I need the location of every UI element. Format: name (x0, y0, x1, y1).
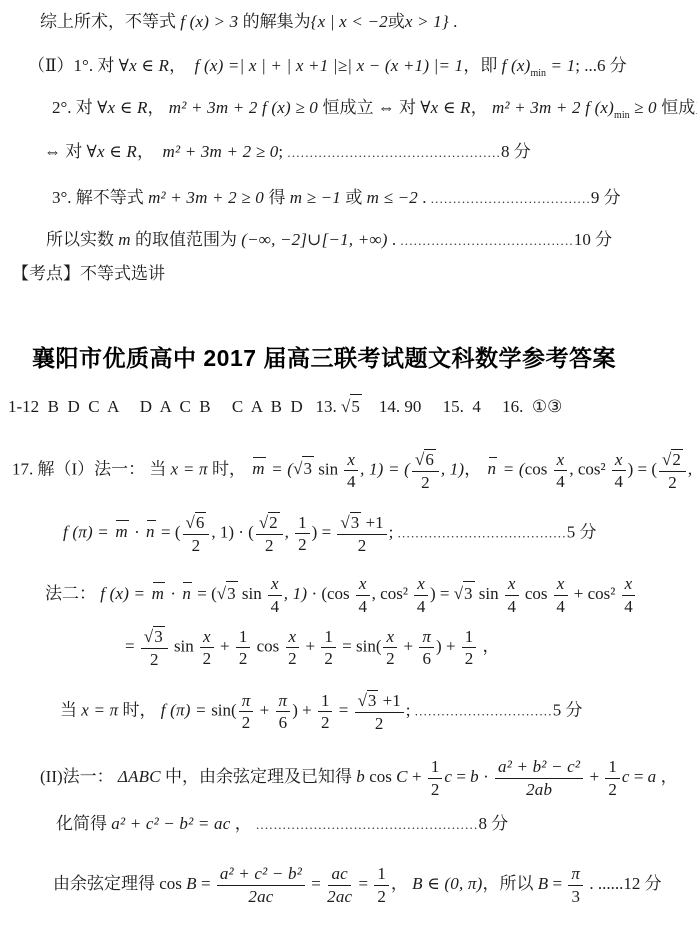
math-variable: = ( (498, 459, 524, 478)
math-variable: ∀x ∈ R (87, 142, 137, 161)
fraction-denominator: 6 (279, 712, 288, 733)
math-text: + (408, 767, 426, 786)
fraction-numerator: x (383, 627, 397, 649)
radicand: 3 (463, 581, 475, 606)
math-text: 8 分 (501, 142, 531, 161)
math-text: ， (137, 142, 163, 161)
math-fraction: x4 (554, 574, 568, 616)
math-text: cos (365, 767, 396, 786)
math-variable: m ≥ −1 (290, 188, 346, 207)
fraction-numerator: x (200, 627, 214, 649)
fraction-denominator: 2 (358, 535, 367, 556)
radicand: 2 (671, 449, 683, 470)
fraction-denominator: 2 (265, 535, 274, 556)
math-variable: f (π) = (63, 522, 113, 541)
fraction-denominator: 2ac (248, 886, 273, 907)
math-text: 3 (227, 584, 236, 603)
math-text: sin( (211, 700, 237, 719)
fraction-denominator: 4 (271, 596, 280, 617)
math-text: 6 (422, 649, 431, 668)
math-text: 综上所术，不等式 (40, 12, 180, 31)
line-part2-step2b: ⇔ 对 ∀x ∈ R， m² + 3m + 2 ≥ 0; ...........… (44, 140, 531, 165)
math-variable: π (279, 691, 288, 710)
line-q17-method2-fpi: 当 x = π 时， f (π) = sin(π2 + π6) + 12 = √… (60, 690, 582, 733)
math-text: 2 (321, 713, 330, 732)
fraction-numerator: π (568, 864, 583, 886)
math-variable: x (557, 574, 565, 593)
fraction-denominator: 4 (615, 471, 624, 492)
math-text: 2 (265, 536, 274, 555)
line-part2-step2: 2°. 对 ∀x ∈ R， m² + 3m + 2 f (x) ≥ 0 恒成立 … (52, 96, 697, 128)
fraction-numerator: π (276, 691, 291, 713)
math-text: sin (170, 636, 198, 655)
fraction-denominator: 2 (375, 713, 384, 734)
radicand: 3 (367, 690, 379, 711)
math-fraction: x4 (356, 574, 370, 616)
dot-leader: ...................................... (398, 525, 567, 540)
math-text: 4 (624, 597, 633, 616)
fraction-denominator: 6 (422, 648, 431, 669)
square-root: √3 (217, 581, 238, 606)
math-text: 2 (358, 536, 367, 555)
math-text: 【考点】不等式选讲 (12, 264, 165, 283)
math-variable: ΔABC (118, 767, 161, 786)
math-variable: (−∞, −2]∪[−1, +∞) (241, 230, 387, 249)
fraction-numerator: π (239, 691, 254, 713)
fraction-numerator: a² + c² − b² (217, 864, 305, 886)
math-variable: B ∈ (0, π) (412, 874, 482, 893)
math-text: . (388, 230, 401, 249)
line-q17-method2-simplify: = √32 sin x2 + 12 cos x2 + 12 = sin(x2 +… (125, 626, 500, 669)
math-variable: ≥ 0 (630, 98, 662, 117)
math-variable: , 1) (441, 459, 464, 478)
math-fraction: π6 (276, 691, 291, 733)
math-variable: x = π (171, 459, 208, 478)
math-variable: x (271, 574, 279, 593)
fraction-numerator: x (356, 574, 370, 596)
math-variable: x (359, 574, 367, 593)
math-variable: c (622, 767, 630, 786)
math-text: , cos² (372, 584, 413, 603)
dot-leader: ............................... (415, 703, 553, 718)
line-part2-conclusion: 所以实数 m 的取值范围为 (−∞, −2]∪[−1, +∞) . ......… (46, 228, 612, 253)
math-text: = ( (193, 584, 217, 603)
line-summary-solution-set: 综上所术，不等式 f (x) > 3 的解集为{x | x < −2或x > 1… (40, 10, 457, 34)
fraction-denominator: 2 (421, 472, 430, 493)
math-text: ， (478, 636, 499, 655)
fraction-denominator: 2 (298, 534, 307, 555)
math-text: 2 (465, 649, 474, 668)
document-page: 襄阳市优质高中 2017 届高三联考试题文科数学参考答案 综上所术，不等式 f … (0, 0, 697, 926)
vector-symbol: n (182, 582, 191, 602)
fraction-denominator: 4 (508, 596, 517, 617)
math-variable: x (417, 574, 425, 593)
math-variable: = ( (267, 459, 293, 478)
math-fraction: x4 (505, 574, 519, 616)
fraction-numerator: ac (328, 864, 350, 886)
radicand: 5 (350, 394, 362, 419)
fraction-numerator: √6 (183, 512, 210, 535)
fraction-numerator: √3 +1 (337, 512, 386, 535)
radical-sign-icon: √ (186, 513, 195, 533)
math-variable: x (615, 450, 623, 469)
math-text: = (452, 767, 470, 786)
math-fraction: π2 (239, 691, 254, 733)
math-text: 4 (508, 597, 517, 616)
math-text: 2°. 对 (52, 98, 97, 117)
math-text: 2 (672, 450, 681, 469)
fraction-denominator: 4 (359, 596, 368, 617)
math-variable: m² + 3m + 2 f (x) (492, 98, 614, 117)
fraction-denominator: 2 (431, 779, 440, 800)
vector-symbol: n (488, 457, 497, 477)
math-text: 4 (271, 597, 280, 616)
fraction-denominator: 2 (150, 649, 159, 670)
fraction-numerator: x (414, 574, 428, 596)
math-variable: π (242, 691, 251, 710)
math-variable: x = π (81, 700, 118, 719)
line-part2-step3: 3°. 解不等式 m² + 3m + 2 ≥ 0 得 m ≥ −1 或 m ≤ … (52, 186, 621, 211)
math-variable: b (356, 767, 365, 786)
radicand: 6 (195, 512, 207, 533)
fraction-numerator: √3 +1 (355, 690, 404, 713)
math-text: 3°. 解不等式 (52, 188, 148, 207)
math-variable: x (625, 574, 633, 593)
math-fraction: x4 (554, 450, 568, 492)
math-variable: f (x) =| x | + | x +1 |≥| x − (x +1) |= … (195, 56, 464, 75)
math-variable: π (571, 864, 580, 883)
dot-leader: ....................................... (400, 233, 574, 248)
math-variable: {x | x < −2 (311, 12, 388, 31)
math-text: ， (391, 874, 412, 893)
math-fraction: √62 (183, 512, 210, 555)
math-fraction: √3 +12 (337, 512, 386, 555)
math-text: 4 (359, 597, 368, 616)
fraction-denominator: 4 (556, 471, 565, 492)
fraction-denominator: 4 (347, 471, 356, 492)
fraction-numerator: 1 (321, 627, 336, 649)
math-variable: C (396, 767, 408, 786)
math-subscript: min (530, 68, 546, 79)
math-text: 1 (377, 864, 386, 883)
fraction-numerator: x (268, 574, 282, 596)
math-text: 2 (203, 649, 212, 668)
math-text: 2 (269, 513, 278, 532)
fraction-denominator: 2 (377, 886, 386, 907)
math-text: 6 (279, 713, 288, 732)
math-variable: x (347, 450, 355, 469)
line-q17-method1-fpi: f (π) = m · n = (√62, 1) · (√22, 12) = √… (63, 512, 596, 555)
radicand: 3 (350, 512, 362, 533)
math-text: 由余弦定理得 cos (53, 874, 186, 893)
radicand: 3 (153, 626, 165, 647)
square-root: √6 (186, 512, 207, 533)
fraction-denominator: 3 (572, 886, 581, 907)
math-fraction: 12 (295, 513, 310, 555)
math-text: 5 (351, 397, 360, 416)
radical-sign-icon: √ (662, 450, 671, 470)
fraction-denominator: 4 (624, 596, 633, 617)
math-fraction: 12 (428, 757, 443, 799)
math-text: 3 (351, 513, 360, 532)
math-text: 9 分 (591, 188, 621, 207)
math-fraction: ac2ac (327, 864, 352, 906)
math-text: ) = ( (628, 459, 657, 478)
math-variable: m² + 3m + 2 ≥ 0 (162, 142, 278, 161)
math-text: 2 (421, 473, 430, 492)
math-variable: a² + b² − c² (498, 757, 580, 776)
math-fraction: a² + b² − c²2ab (495, 757, 583, 799)
math-text: , 1) · ( (211, 522, 253, 541)
fraction-denominator: 2 (465, 648, 474, 669)
fraction-denominator: 2ab (526, 779, 552, 800)
math-text: (II)法一： (40, 767, 118, 786)
math-text: + (585, 767, 603, 786)
math-text: . (418, 188, 431, 207)
square-root: √6 (415, 449, 436, 470)
math-text: , (285, 522, 294, 541)
fraction-denominator: 2 (608, 779, 617, 800)
radical-sign-icon: √ (358, 691, 367, 711)
fraction-numerator: x (554, 574, 568, 596)
vector-symbol: m (152, 582, 164, 602)
math-text: = (334, 700, 352, 719)
fraction-numerator: π (419, 627, 434, 649)
math-variable: m² + 3m + 2 ≥ 0 (148, 188, 268, 207)
math-text: 时， (208, 459, 251, 478)
fraction-numerator: √2 (659, 449, 686, 472)
math-fraction: π3 (568, 864, 583, 906)
math-fraction: x4 (414, 574, 428, 616)
math-text: sin (238, 584, 266, 603)
math-variable: , 1) = ( (360, 459, 410, 478)
math-text: + (399, 636, 417, 655)
math-variable: , 1) (284, 584, 307, 603)
radical-sign-icon: √ (340, 513, 349, 533)
math-variable: 2ac (248, 887, 273, 906)
math-fraction: 12 (462, 627, 477, 669)
math-text: sin (475, 584, 503, 603)
vector-symbol: m (252, 457, 264, 477)
math-fraction: √32 (141, 626, 168, 669)
math-fraction: √22 (256, 512, 283, 555)
math-text: sin (314, 459, 342, 478)
math-fraction: 12 (605, 757, 620, 799)
math-variable: x > 1} (405, 12, 449, 31)
math-text: = (630, 767, 648, 786)
math-fraction: √22 (659, 449, 686, 492)
math-text: 2 (298, 535, 307, 554)
math-text: 3 (572, 887, 581, 906)
math-variable: π (422, 627, 431, 646)
math-fraction: x4 (622, 574, 636, 616)
math-variable: B (186, 874, 197, 893)
math-variable: B (538, 874, 549, 893)
math-text: · (cos (307, 584, 354, 603)
math-text: 所以实数 (46, 230, 118, 249)
page-title: 襄阳市优质高中 2017 届高三联考试题文科数学参考答案 (32, 340, 616, 373)
math-text: ， (656, 767, 677, 786)
math-text: 2 (239, 649, 248, 668)
fraction-denominator: 2 (239, 648, 248, 669)
math-variable: ∀x ∈ R (119, 56, 169, 75)
math-variable: x (508, 574, 516, 593)
math-text: = (307, 874, 325, 893)
fraction-denominator: 2 (324, 648, 333, 669)
math-text: 法二： (45, 584, 100, 603)
math-text: 3 (368, 691, 377, 710)
math-text: = (354, 874, 372, 893)
math-text: + (216, 636, 234, 655)
math-text: = (548, 874, 566, 893)
math-text: = ( (157, 522, 181, 541)
math-fraction: x2 (286, 627, 300, 669)
math-text: 或 (345, 188, 366, 207)
math-text: + cos² (570, 584, 620, 603)
square-root: √2 (259, 512, 280, 533)
math-text: 1 (465, 627, 474, 646)
math-text: 4 (417, 597, 426, 616)
math-text: ，所以 (482, 874, 537, 893)
square-root: √3 (340, 512, 361, 533)
math-text: ， (148, 98, 169, 117)
line-q17-part2-simplify: 化简得 a² + c² − b² = ac ， ................… (56, 812, 508, 837)
math-text: ， (464, 459, 485, 478)
math-text: 2 (375, 714, 384, 733)
math-text: 1 (321, 691, 330, 710)
math-text: 的取值范围为 (131, 230, 242, 249)
math-text: 4 (615, 472, 624, 491)
math-fraction: π6 (419, 627, 434, 669)
math-subscript: min (614, 110, 630, 121)
math-text: ，即 (463, 56, 501, 75)
math-text: ) + (292, 700, 316, 719)
math-text: cos (521, 584, 552, 603)
math-variable: ∀x ∈ R (420, 98, 470, 117)
math-text: cos (252, 636, 283, 655)
math-text: ， (471, 98, 492, 117)
square-root: √3 (293, 456, 314, 481)
radical-sign-icon: √ (293, 457, 302, 481)
math-fraction: √3 +12 (355, 690, 404, 733)
math-text: 2 (431, 780, 440, 799)
math-fraction: 12 (318, 691, 333, 733)
math-text: 17. 解（I）法一： 当 (12, 459, 171, 478)
math-variable: x (386, 627, 394, 646)
fraction-denominator: 2ac (327, 886, 352, 907)
math-variable: x (203, 627, 211, 646)
math-fraction: x4 (344, 450, 358, 492)
fraction-numerator: x (344, 450, 358, 472)
math-text: · (130, 522, 144, 541)
vector-symbol: n (146, 520, 155, 540)
math-variable: m² + 3m + 2 f (x) ≥ 0 (169, 98, 323, 117)
radicand: 6 (424, 449, 436, 470)
math-variable: b (470, 767, 479, 786)
math-text: . (449, 12, 458, 31)
math-text: 恒成立 (661, 98, 697, 117)
math-text: （Ⅱ）1°. 对 (28, 56, 119, 75)
math-text: + (301, 636, 319, 655)
math-fraction: 12 (374, 864, 389, 906)
math-text: 5 分 (553, 700, 583, 719)
math-text: 1 (431, 757, 440, 776)
math-text: 2 (242, 713, 251, 732)
math-variable: 2ac (327, 887, 352, 906)
math-text: +1 (361, 513, 383, 532)
fraction-denominator: 2 (203, 648, 212, 669)
math-text: 或 (388, 12, 405, 31)
fraction-denominator: 2 (321, 712, 330, 733)
math-fraction: x4 (268, 574, 282, 616)
radicand: 3 (226, 581, 238, 606)
math-variable: f (x) (502, 56, 531, 75)
math-text: ; (389, 522, 398, 541)
math-text: , cos² (569, 459, 610, 478)
fraction-denominator: 2 (668, 472, 677, 493)
math-text: 3 (303, 459, 312, 478)
radicand: 2 (268, 512, 280, 533)
math-fraction: √62 (412, 449, 439, 492)
fraction-numerator: x (622, 574, 636, 596)
math-text: 6 (196, 513, 205, 532)
math-text: 6 (425, 450, 434, 469)
math-variable: m (118, 230, 130, 249)
math-variable: = 1 (546, 56, 575, 75)
fraction-denominator: 2 (288, 648, 297, 669)
fraction-denominator: 2 (192, 535, 201, 556)
line-q17-method2-expand: 法二： f (x) = m · n = (√3 sin x4, 1) · (co… (45, 574, 637, 616)
math-text: 2 (608, 780, 617, 799)
fraction-denominator: 2 (242, 712, 251, 733)
square-root: √2 (662, 449, 683, 470)
dot-leader: ........................................… (256, 817, 479, 832)
fraction-numerator: 1 (605, 757, 620, 779)
math-text: 时， (118, 700, 161, 719)
math-text: 2 (386, 649, 395, 668)
math-variable: x (557, 450, 565, 469)
math-fraction: x2 (383, 627, 397, 669)
math-text: 1 (324, 627, 333, 646)
line-q17-part2-result: 由余弦定理得 cos B = a² + c² − b²2ac = ac2ac =… (53, 864, 662, 906)
math-text: = (197, 874, 215, 893)
radical-sign-icon: √ (415, 450, 424, 470)
math-fraction: 12 (321, 627, 336, 669)
math-text: ⇔ 对 (44, 142, 87, 161)
square-root: √5 (341, 394, 362, 419)
math-text: 2 (668, 473, 677, 492)
math-text: 1 (608, 757, 617, 776)
math-text: cos (525, 459, 552, 478)
math-text: 3 (464, 584, 473, 603)
radicand: 3 (302, 456, 314, 481)
dot-leader: ........................................… (287, 145, 501, 160)
math-text: 4 (347, 472, 356, 491)
math-text: 1-12 B D C A D A C B C A B D 13. (8, 397, 341, 416)
math-text: 14. 90 15. 4 16. ①③ (362, 397, 562, 416)
fraction-numerator: x (286, 627, 300, 649)
math-text: 当 (60, 700, 81, 719)
fraction-numerator: √2 (256, 512, 283, 535)
math-fraction: x4 (612, 450, 626, 492)
math-text: ) = (312, 522, 336, 541)
fraction-numerator: a² + b² − c² (495, 757, 583, 779)
math-text: ， (169, 56, 195, 75)
math-variable: x (289, 627, 297, 646)
math-variable: f (π) = (161, 700, 211, 719)
line-part2-step1: （Ⅱ）1°. 对 ∀x ∈ R， f (x) =| x | + | x +1 |… (28, 54, 627, 86)
fraction-numerator: √6 (412, 449, 439, 472)
